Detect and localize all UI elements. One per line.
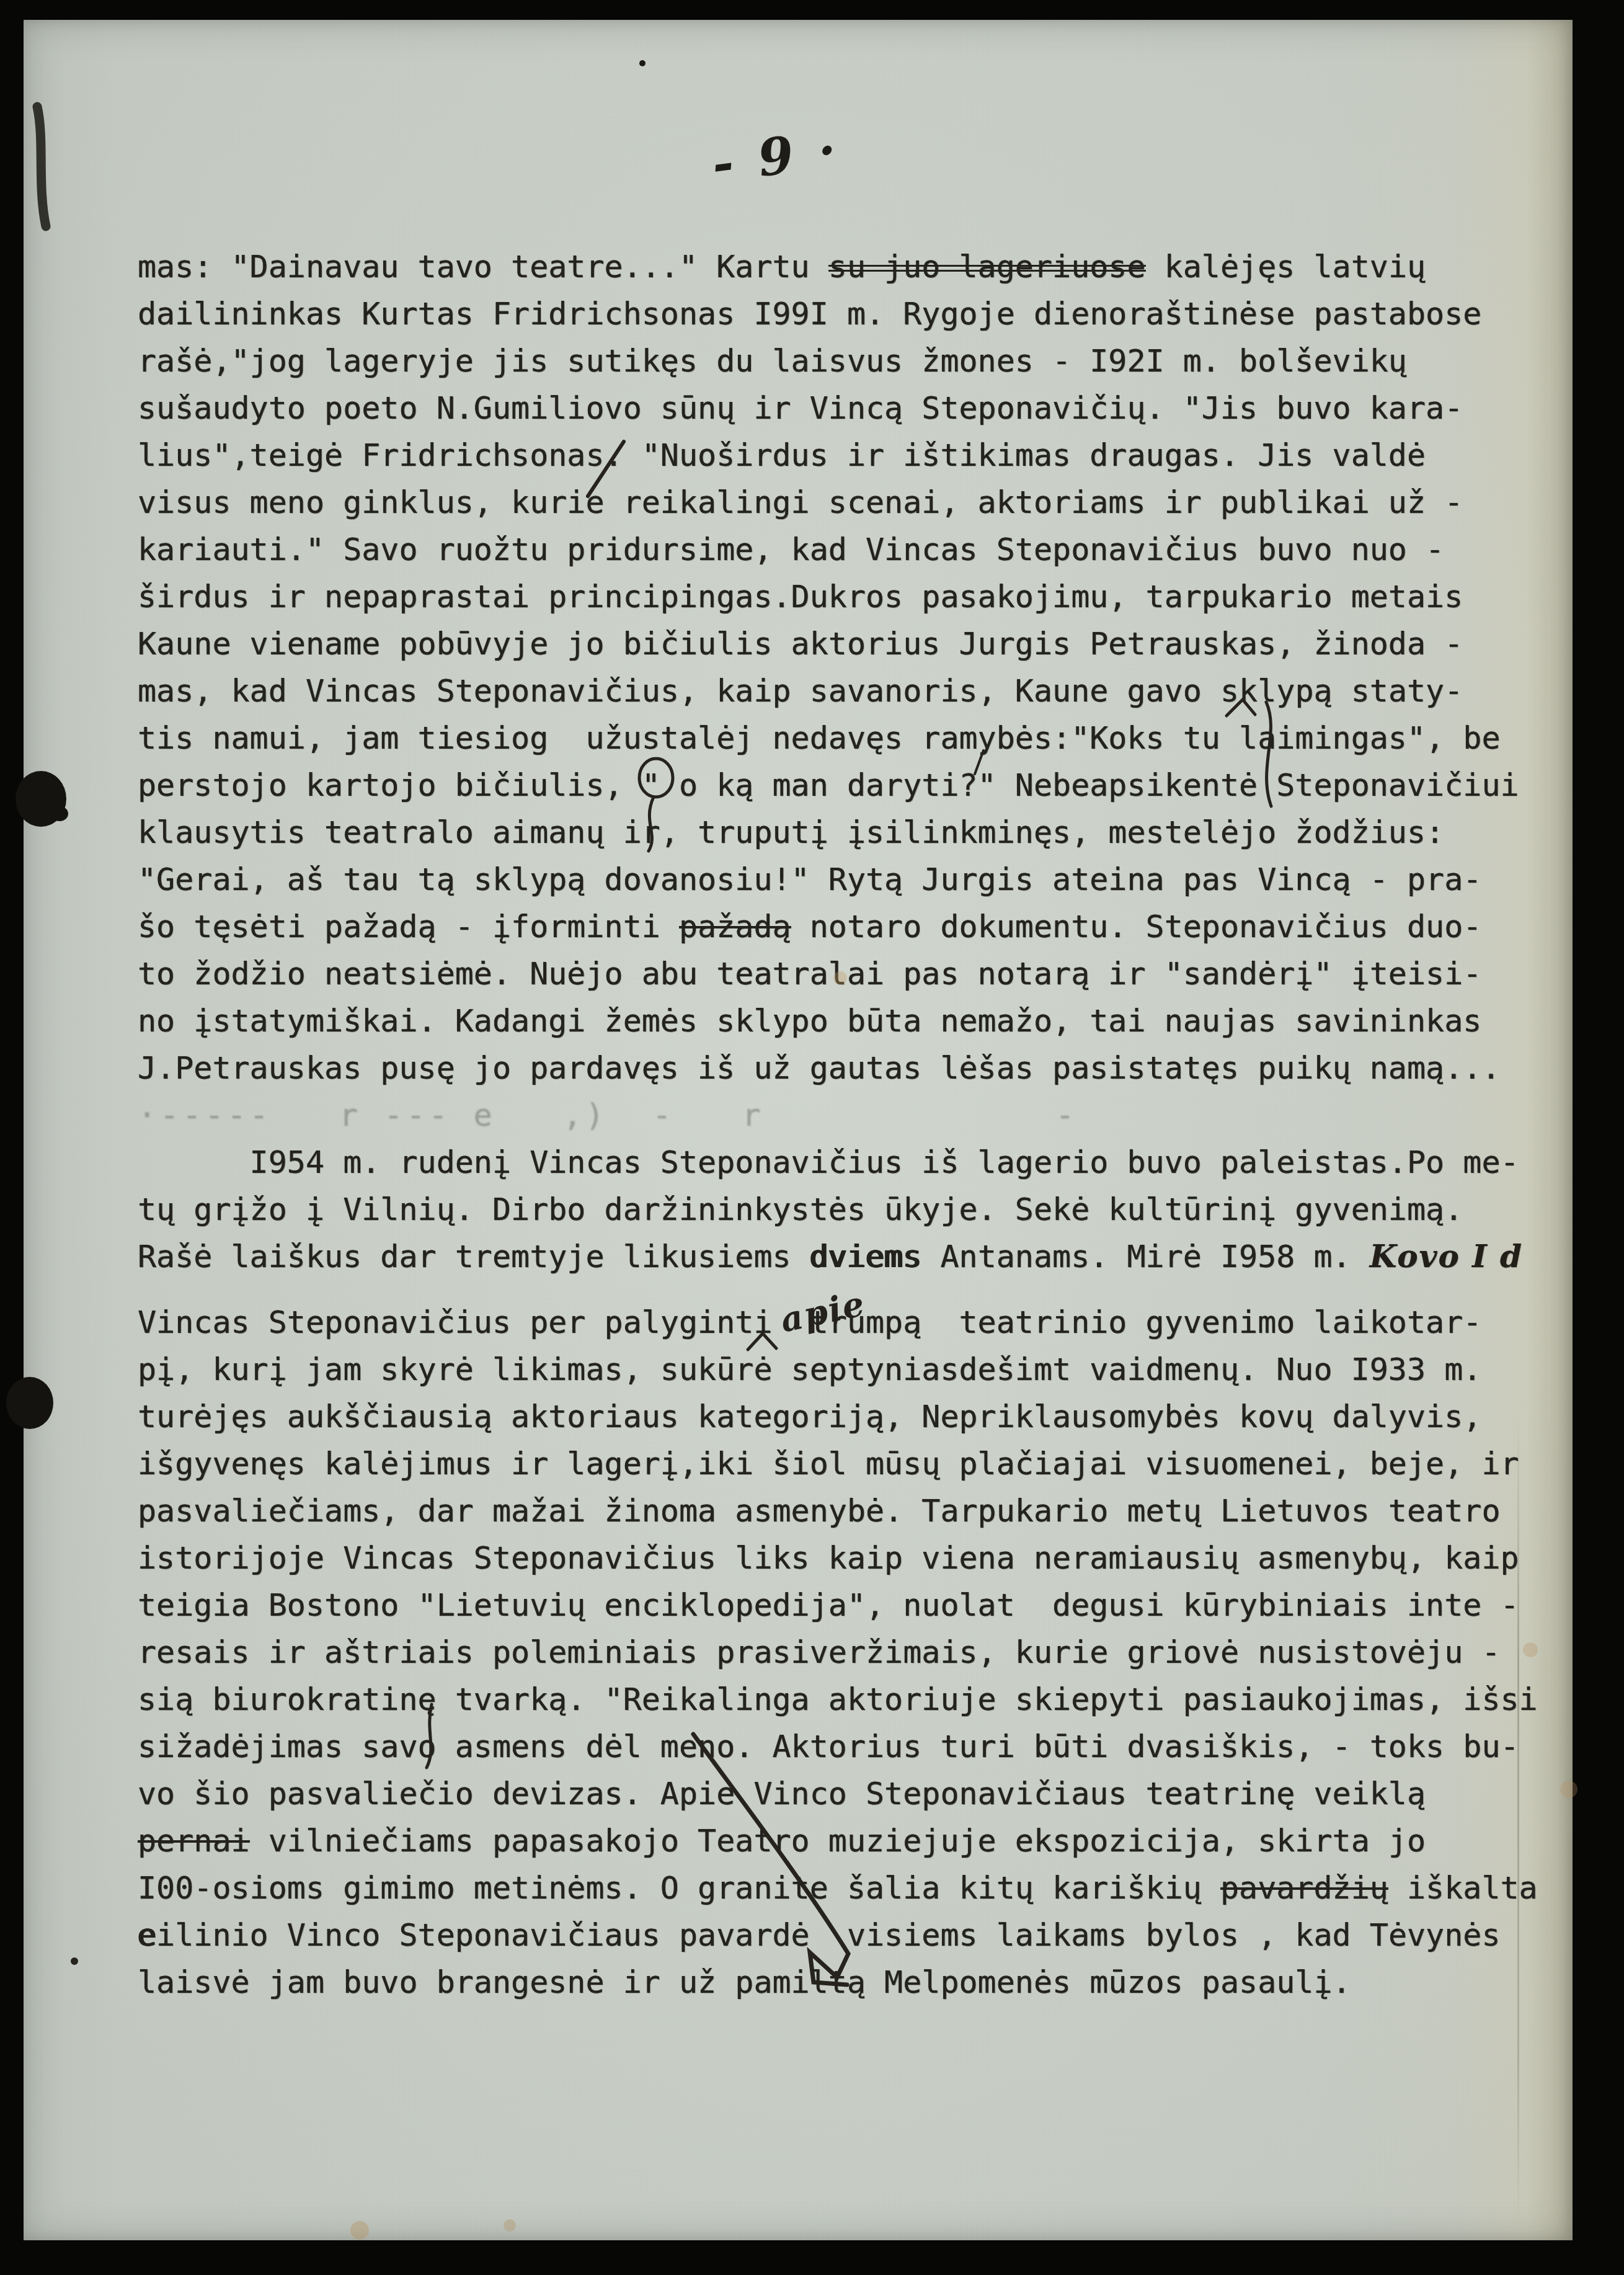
typed-text: mas: "Dainavau tavo teatre..." Kartu xyxy=(138,249,828,285)
typed-text: vilniečiams papasakojo Teatro muziejuje … xyxy=(250,1823,1426,1859)
text-line: klausytis teatralo aimanų ir, truputį įs… xyxy=(138,809,1582,856)
text-line: istorijoje Vincas Steponavičius liks kai… xyxy=(138,1534,1582,1582)
typed-text: teigia Bostono "Lietuvių enciklopedija",… xyxy=(138,1587,1519,1623)
text-line: Rašė laiškus dar tremtyje likusiems dvie… xyxy=(138,1233,1582,1280)
typed-text: vo šio pasvaliečio devizas. Apie Vinco S… xyxy=(138,1776,1426,1812)
text-line: eilinio Vinco Steponavičiaus pavardė vis… xyxy=(138,1912,1582,1959)
typed-text: lius",teigė Fridrichsonas. "Nuoširdus ir… xyxy=(138,437,1426,473)
text-line: mas: "Dainavau tavo teatre..." Kartu su … xyxy=(138,243,1582,290)
typewritten-text: mas: "Dainavau tavo teatre..." Kartu su … xyxy=(138,243,1582,2006)
struck-through-text: pažadą xyxy=(679,909,791,945)
typed-text: dailininkas Kurtas Fridrichsonas I99I m.… xyxy=(138,296,1481,332)
typed-text: pasvaliečiams, dar mažai žinoma asmenybė… xyxy=(138,1493,1501,1529)
text-line: tų grįžo į Vilnių. Dirbo daržininkystės … xyxy=(138,1186,1582,1233)
text-line: Kaune viename pobūvyje jo bičiulis aktor… xyxy=(138,620,1582,667)
typed-text: šo tęsėti pažadą - įforminti xyxy=(138,909,679,945)
struck-through-text: pavardžių xyxy=(1220,1870,1388,1906)
handwritten-correction: Kovo I d xyxy=(1370,1238,1523,1275)
text-line: pernai vilniečiams papasakojo Teatro muz… xyxy=(138,1817,1582,1864)
typed-text: I00-osioms gimimo metinėms. O granite ša… xyxy=(138,1870,1220,1906)
text-line: teigia Bostono "Lietuvių enciklopedija",… xyxy=(138,1582,1582,1629)
typed-text: kaip savanoris, Kaune gavo sklypą staty- xyxy=(698,673,1463,709)
typed-text: sią biurokratinę tvarką. "Reikalinga akt… xyxy=(138,1681,1538,1717)
typed-text: laisvė jam buvo brangesnė ir už pamiltą … xyxy=(138,1964,1351,2000)
typed-text: sižadėjimas savo asmens dėl meno. Aktori… xyxy=(138,1729,1519,1765)
text-line: lius",teigė Fridrichsonas. "Nuoširdus ir… xyxy=(138,432,1582,479)
text-line: pį, kurį jam skyrė likimas, sukūrė septy… xyxy=(138,1346,1582,1393)
typed-text: iškalta xyxy=(1388,1870,1538,1906)
typed-text: išgyvenęs kalėjimus ir lagerį,iki šiol m… xyxy=(138,1446,1519,1482)
overtyped-text: dviems xyxy=(810,1239,922,1275)
typed-text: Antanams. Mirė I958 m. xyxy=(921,1239,1369,1275)
typed-text: istorijoje Vincas Steponavičius liks kai… xyxy=(138,1540,1519,1576)
text-line: visus meno ginklus, kurie reikalingi sce… xyxy=(138,479,1582,526)
typed-text: rašė,"jog lageryje jis sutikęs du laisvu… xyxy=(138,343,1407,379)
typed-text: pį, kurį jam skyrė likimas, sukūrė septy… xyxy=(138,1351,1481,1387)
typed-text: Kaune viename pobūvyje jo bičiulis aktor… xyxy=(138,626,1463,662)
text-line: rašė,"jog lageryje jis sutikęs du laisvu… xyxy=(138,337,1582,385)
text-line: I00-osioms gimimo metinėms. O granite ša… xyxy=(138,1864,1582,1912)
text-line: no įstatymiškai. Kadangi žemės sklypo bū… xyxy=(138,997,1582,1044)
text-line: dailininkas Kurtas Fridrichsonas I99I m.… xyxy=(138,290,1582,337)
text-line: pasvaliečiams, dar mažai žinoma asmenybė… xyxy=(138,1487,1582,1534)
text-line: turėjęs aukščiausią aktoriaus kategoriją… xyxy=(138,1393,1582,1440)
typed-text: visus meno ginklus, kurie reikalingi sce… xyxy=(138,484,1463,520)
typed-text: J.Petrauskas pusę jo pardavęs iš už gaut… xyxy=(138,1050,1501,1086)
double-struck-text: su juo lageriuose xyxy=(828,249,1146,285)
text-line: sušaudyto poeto N.Gumiliovo sūnų ir Vinc… xyxy=(138,385,1582,432)
typed-text: ilinio Vinco Steponavičiaus pavardė visi… xyxy=(156,1917,1500,1953)
text-line: vo šio pasvaliečio devizas. Apie Vinco S… xyxy=(138,1770,1582,1817)
typed-text: turėjęs aukščiausią aktoriaus kategoriją… xyxy=(138,1399,1481,1435)
text-line: išgyvenęs kalėjimus ir lagerį,iki šiol m… xyxy=(138,1440,1582,1487)
text-line: perstojo kartojo bičiulis, " o ką man da… xyxy=(138,762,1582,809)
text-line: širdus ir nepaprastai principingas.Dukro… xyxy=(138,573,1582,620)
text-line: šo tęsėti pažadą - įforminti pažadą nota… xyxy=(138,903,1582,950)
typed-text: I954 m. rudenį Vincas Steponavičius iš l… xyxy=(138,1144,1519,1180)
text-line: sižadėjimas savo asmens dėl meno. Aktori… xyxy=(138,1723,1582,1770)
typed-text: "Gerai, aš tau tą sklypą dovanosiu!" Ryt… xyxy=(138,861,1481,897)
typed-text: širdus ir nepaprastai principingas.Dukro… xyxy=(138,579,1463,615)
text-line: laisvė jam buvo brangesnė ir už pamiltą … xyxy=(138,1959,1582,2006)
underlined-text: Vincas Steponavičius, xyxy=(306,673,698,709)
typed-text: perstojo kartojo bičiulis, " o ką man da… xyxy=(138,767,1519,803)
text-line: to žodžio neatsiėmė. Nuėjo abu teatralai… xyxy=(138,950,1582,997)
text-line: sią biurokratinę tvarką. "Reikalinga akt… xyxy=(138,1676,1582,1723)
text-line: resais ir aštriais poleminiais prasiverž… xyxy=(138,1629,1582,1676)
typed-text: Rašė laiškus dar tremtyje likusiems xyxy=(138,1239,810,1275)
overtyped-text: e xyxy=(138,1917,156,1953)
struck-through-text: pernai xyxy=(138,1823,250,1859)
scanned-typewritten-page: { "page": { "page_number_annotation": "-… xyxy=(0,0,1624,2275)
typed-text: mas, kad xyxy=(138,673,306,709)
typed-text: resais ir aštriais poleminiais prasiverž… xyxy=(138,1634,1501,1670)
typed-text: sušaudyto poeto N.Gumiliovo sūnų ir Vinc… xyxy=(138,390,1463,426)
typed-text: klausytis teatralo aimanų ir, truputį įs… xyxy=(138,814,1444,850)
typed-text: no įstatymiškai. Kadangi žemės sklypo bū… xyxy=(138,1003,1481,1039)
text-line: tis namui, jam tiesiog užustalėj nedavęs… xyxy=(138,715,1582,762)
text-line: I954 m. rudenį Vincas Steponavičius iš l… xyxy=(138,1139,1582,1186)
typed-text: tis namui, jam tiesiog užustalėj nedavęs… xyxy=(138,720,1501,756)
text-line: "Gerai, aš tau tą sklypą dovanosiu!" Ryt… xyxy=(138,856,1582,903)
text-line: kariauti." Savo ruožtu pridursime, kad V… xyxy=(138,526,1582,573)
text-line: J.Petrauskas pusę jo pardavęs iš už gaut… xyxy=(138,1044,1582,1092)
typed-text: kariauti." Savo ruožtu pridursime, kad V… xyxy=(138,532,1444,568)
text-line: mas, kad Vincas Steponavičius, kaip sava… xyxy=(138,667,1582,715)
typed-text: to žodžio neatsiėmė. Nuėjo abu teatralai… xyxy=(138,956,1481,992)
typed-text: tų grįžo į Vilnių. Dirbo daržininkystės … xyxy=(138,1191,1463,1227)
typed-text: kalėjęs latvių xyxy=(1146,249,1426,285)
typed-text: notaro dokumentu. Steponavičius duo- xyxy=(791,909,1482,945)
erased-ghost-line: ·----- r --- e ,) - r - xyxy=(138,1092,1582,1139)
